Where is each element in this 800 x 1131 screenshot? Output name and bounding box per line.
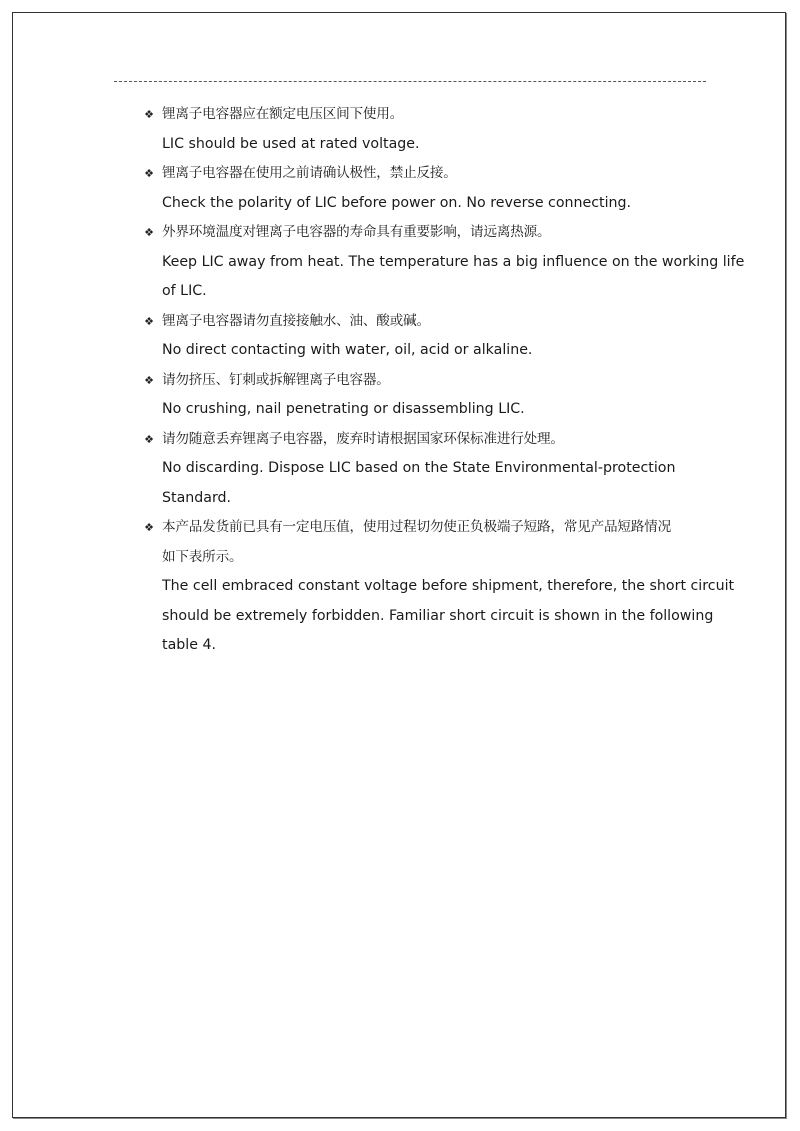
- item-text-cn: 锂离子电容器在使用之前请确认极性，禁止反接。: [141, 159, 711, 189]
- item-text-en: Standard.: [141, 484, 711, 514]
- item-text-en: should be extremely forbidden. Familiar …: [141, 602, 711, 632]
- item-text-en: No discarding. Dispose LIC based on the …: [141, 454, 711, 484]
- diamond-bullet-icon: ❖: [141, 307, 157, 337]
- list-item: ❖ 请勿随意丢弃锂离子电容器，废弃时请根据国家环保标准进行处理。 No disc…: [141, 425, 711, 514]
- diamond-bullet-icon: ❖: [141, 513, 157, 543]
- list-item: ❖ 外界环境温度对锂离子电容器的寿命具有重要影响，请远离热源。 Keep LIC…: [141, 218, 711, 307]
- diamond-bullet-icon: ❖: [141, 425, 157, 455]
- item-text-cn: 外界环境温度对锂离子电容器的寿命具有重要影响，请远离热源。: [141, 218, 711, 248]
- dashed-separator: [114, 81, 706, 82]
- item-text-en: table 4.: [141, 631, 711, 661]
- item-text-en: of LIC.: [141, 277, 711, 307]
- diamond-bullet-icon: ❖: [141, 100, 157, 130]
- item-text-en: The cell embraced constant voltage befor…: [141, 572, 711, 602]
- item-text-en: No crushing, nail penetrating or disasse…: [141, 395, 711, 425]
- item-text-en: Check the polarity of LIC before power o…: [141, 189, 711, 219]
- list-item: ❖ 锂离子电容器请勿直接接触水、油、酸或碱。 No direct contact…: [141, 307, 711, 366]
- diamond-bullet-icon: ❖: [141, 366, 157, 396]
- item-text-cn: 请勿随意丢弃锂离子电容器，废弃时请根据国家环保标准进行处理。: [141, 425, 711, 455]
- list-item: ❖ 本产品发货前已具有一定电压值，使用过程切勿使正负极端子短路，常见产品短路情况…: [141, 513, 711, 661]
- item-text-en: No direct contacting with water, oil, ac…: [141, 336, 711, 366]
- precautions-list: ❖ 锂离子电容器应在额定电压区间下使用。 LIC should be used …: [141, 100, 711, 661]
- item-text-cn: 锂离子电容器应在额定电压区间下使用。: [141, 100, 711, 130]
- list-item: ❖ 锂离子电容器应在额定电压区间下使用。 LIC should be used …: [141, 100, 711, 159]
- item-text-en: Keep LIC away from heat. The temperature…: [141, 248, 711, 278]
- list-item: ❖ 锂离子电容器在使用之前请确认极性，禁止反接。 Check the polar…: [141, 159, 711, 218]
- item-text-cn: 锂离子电容器请勿直接接触水、油、酸或碱。: [141, 307, 711, 337]
- item-text-cn: 如下表所示。: [141, 543, 711, 573]
- diamond-bullet-icon: ❖: [141, 218, 157, 248]
- list-item: ❖ 请勿挤压、钉刺或拆解锂离子电容器。 No crushing, nail pe…: [141, 366, 711, 425]
- item-text-cn: 请勿挤压、钉刺或拆解锂离子电容器。: [141, 366, 711, 396]
- diamond-bullet-icon: ❖: [141, 159, 157, 189]
- item-text-cn: 本产品发货前已具有一定电压值，使用过程切勿使正负极端子短路，常见产品短路情况: [141, 513, 711, 543]
- item-text-en: LIC should be used at rated voltage.: [141, 130, 711, 160]
